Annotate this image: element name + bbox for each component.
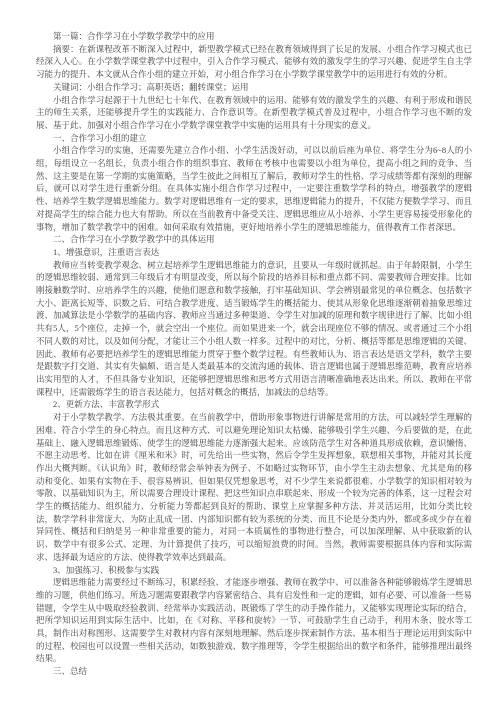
- paragraph: 教师应当转变教学观念、树立起培养学生逻辑思维能力的意识，且要从一年级时就抓起。由…: [36, 259, 472, 399]
- document-title: 第一篇：合作学习在小学数学教学中的应用: [36, 30, 472, 43]
- document-text: 第一篇：合作学习在小学数学教学中的应用摘要：在新课程改革不断深入过程中，新型教学…: [36, 30, 472, 678]
- section-heading: 二、合作学习在小学数学教学中的具体运用: [36, 233, 472, 246]
- paragraph: 逻辑思维能力需要经过不断练习，积累经验、才能逐步增强、教师在教学中、可以准备各种…: [36, 576, 472, 665]
- paragraph: 关键词：小组合作学习；高职英语；翻转课堂；运用: [36, 81, 472, 94]
- section-heading: 3、加强练习、积极参与实践: [36, 564, 472, 577]
- document-page: 第一篇：合作学习在小学数学教学中的应用摘要：在新课程改革不断深入过程中，新型教学…: [0, 0, 504, 713]
- paragraph: 小组合作学习的实施，还需要先建立合作小组、小学生活泼好动，可以以前后座为单位、将…: [36, 144, 472, 233]
- section-heading: 2、更新方法、丰富教学形式: [36, 398, 472, 411]
- paragraph: 摘要：在新课程改革不断深入过程中，新型教学模式已经在教育领域得到了长足的发展、小…: [36, 43, 472, 81]
- section-heading: 三、总结: [36, 665, 472, 678]
- section-heading: 1、增强意识，注重语言表达: [36, 246, 472, 259]
- paragraph: 对于小学数学教学、方法极其重要。在当前教学中，借助形象事物进行讲解是常用的方法，…: [36, 411, 472, 563]
- section-heading: 一、合作学习小组的建立: [36, 132, 472, 145]
- paragraph: 小组合作学习起源于十九世纪七十年代、在教育领域中的运用、能够有效的激发学生的兴趣…: [36, 94, 472, 132]
